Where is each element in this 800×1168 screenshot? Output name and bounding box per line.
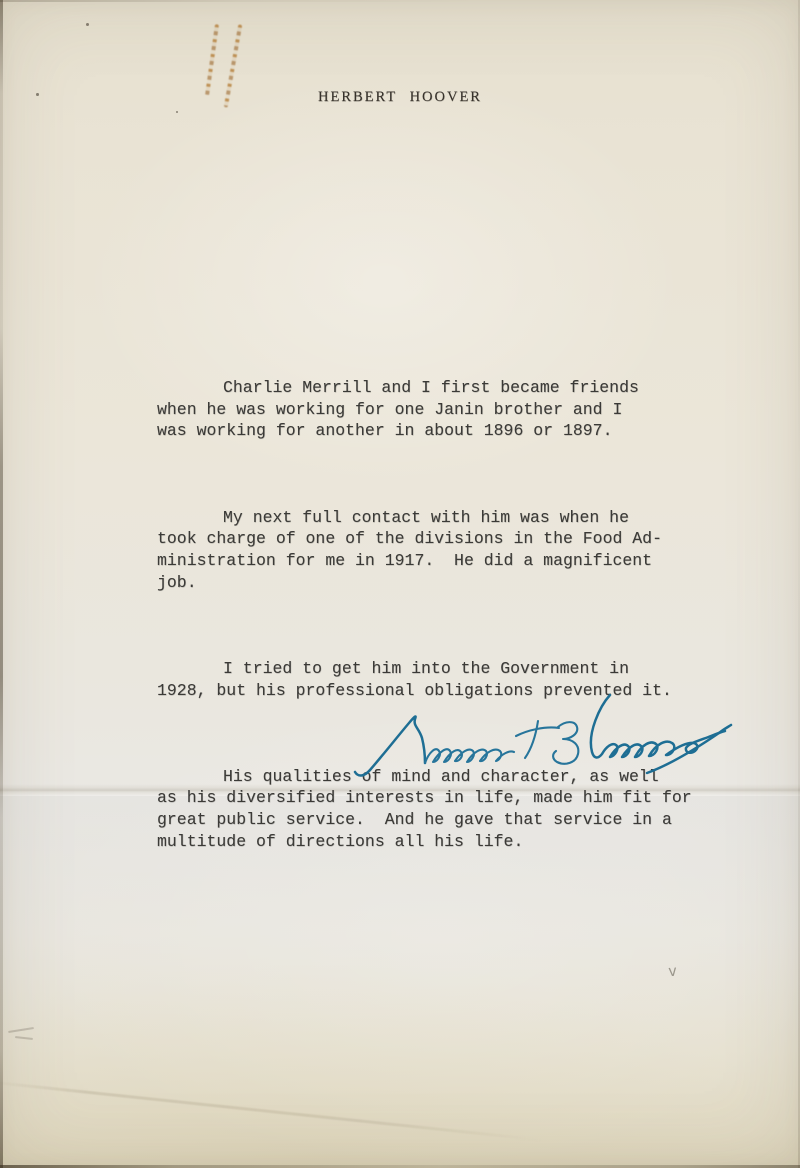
scan-edge-left bbox=[0, 0, 3, 1168]
rust-stain bbox=[205, 24, 219, 96]
paragraph-2: My next full contact with him was when h… bbox=[157, 507, 682, 593]
paper-speck bbox=[86, 23, 89, 26]
paragraph-1: Charlie Merrill and I first became frien… bbox=[157, 377, 682, 442]
herbert-hoover-signature-ink bbox=[353, 686, 753, 786]
pencil-checkmark: v bbox=[667, 962, 677, 981]
pencil-scribble bbox=[15, 1036, 33, 1039]
pencil-scribble bbox=[8, 1027, 34, 1033]
letterhead-name: HERBERT HOOVER bbox=[0, 89, 800, 106]
scan-edge-top bbox=[0, 0, 800, 2]
paper-speck bbox=[176, 111, 178, 113]
letter-body: Charlie Merrill and I first became frien… bbox=[157, 334, 682, 917]
diagonal-crease bbox=[0, 1080, 542, 1142]
letter-page: HERBERT HOOVER Charlie Merrill and I fir… bbox=[0, 0, 800, 1168]
